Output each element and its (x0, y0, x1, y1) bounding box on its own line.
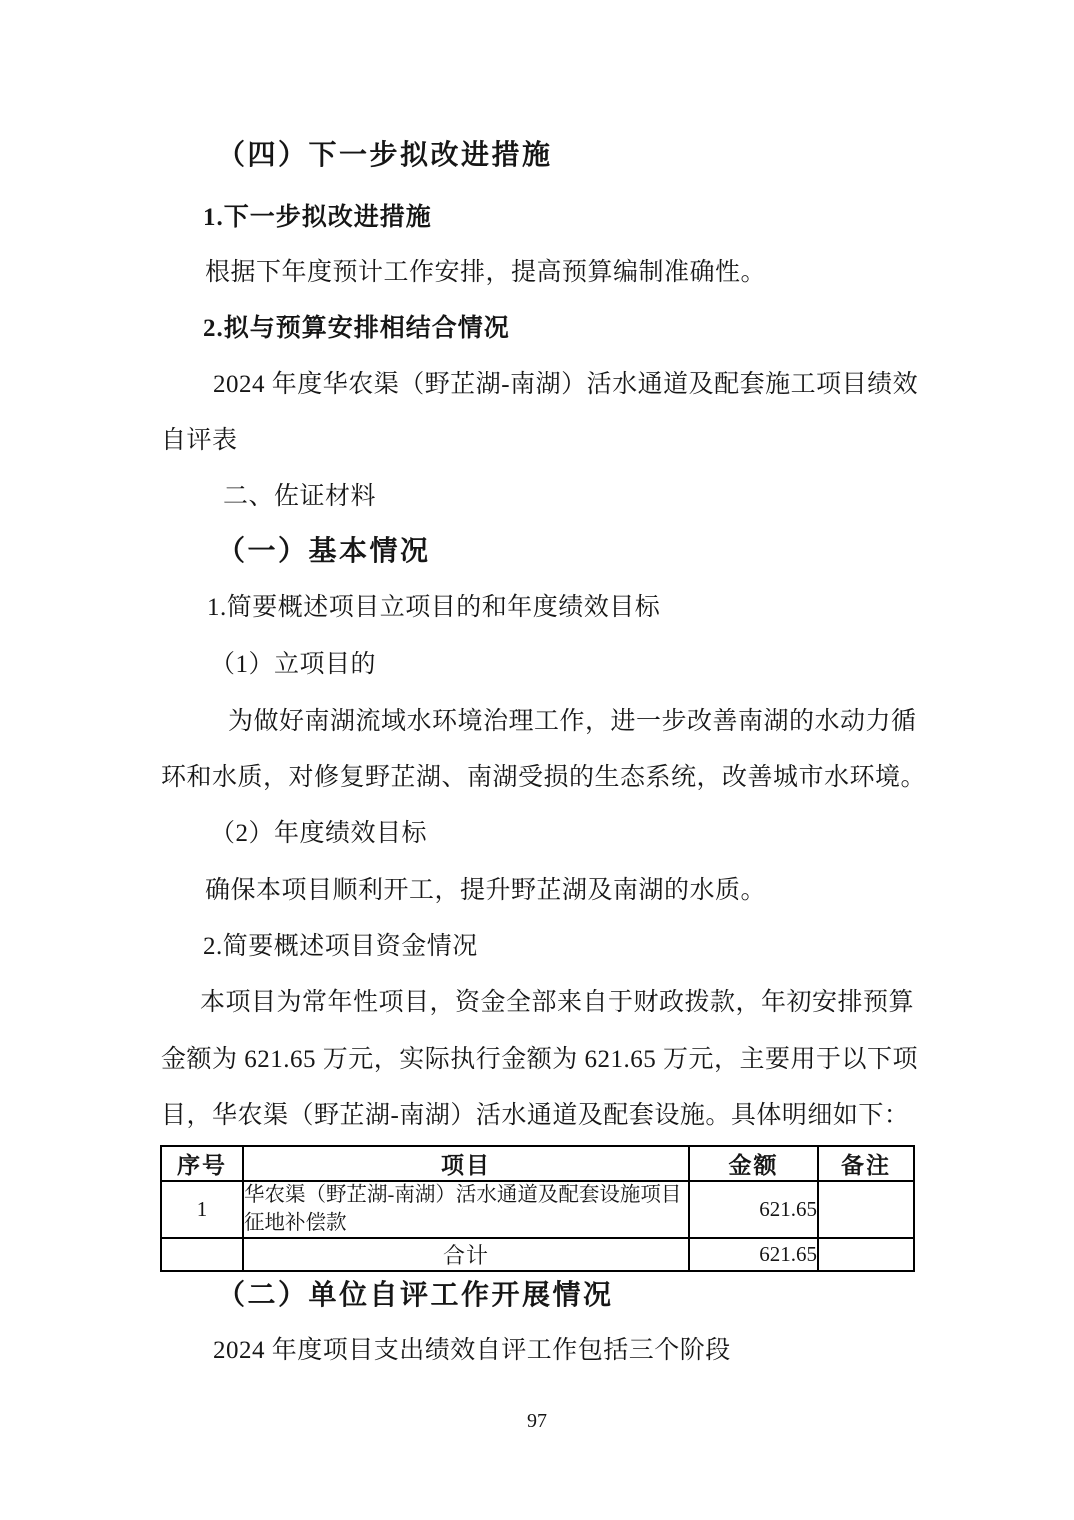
column-header-item: 项目 (243, 1146, 689, 1181)
paragraph-item1-overview: 1.简要概述项目立项目的和年度绩效目标 (207, 594, 660, 622)
column-header-serial: 序号 (161, 1146, 243, 1181)
heading-section-four: （四）下一步拟改进措施 (217, 140, 553, 171)
table-row: 1 华农渠（野芷湖-南湖）活水通道及配套设施项目 征地补偿款 621.65 (161, 1181, 914, 1238)
cell-item-line1: 华农渠（野芷湖-南湖）活水通道及配套设施项目 (244, 1182, 688, 1209)
budget-detail-table: 序号 项目 金额 备注 1 华农渠（野芷湖-南湖）活水通道及配套设施项目 征地补… (160, 1145, 915, 1272)
heading-supporting-materials: 二、佐证材料 (223, 483, 376, 511)
cell-serial: 1 (161, 1181, 243, 1238)
cell-total-amount: 621.65 (689, 1238, 818, 1271)
paragraph-three-stages: 2024 年度项目支出绩效自评工作包括三个阶段 (213, 1337, 731, 1365)
heading-basic-situation: （一）基本情况 (217, 536, 431, 567)
heading-next-step-measures: 1.下一步拟改进措施 (203, 204, 432, 232)
subheading-project-purpose: （1）立项目的 (210, 651, 376, 679)
cell-total-note (818, 1238, 914, 1271)
table-header-row: 序号 项目 金额 备注 (161, 1146, 914, 1181)
column-header-note: 备注 (818, 1146, 914, 1181)
paragraph-funds-line3: 目，华农渠（野芷湖-南湖）活水通道及配套设施。具体明细如下： (161, 1102, 909, 1130)
paragraph-purpose-line1: 为做好南湖流域水环境治理工作，进一步改善南湖的水动力循 (228, 708, 917, 736)
paragraph-funds-line1: 本项目为常年性项目，资金全部来自于财政拨款，年初安排预算 (200, 989, 914, 1017)
cell-amount: 621.65 (689, 1181, 818, 1238)
heading-budget-combination: 2.拟与预算安排相结合情况 (203, 315, 510, 343)
page-number: 97 (0, 1410, 1074, 1433)
cell-total-label: 合计 (243, 1238, 689, 1271)
document-page: （四）下一步拟改进措施 1.下一步拟改进措施 根据下年度预计工作安排，提高预算编… (0, 0, 1074, 1520)
cell-total-serial (161, 1238, 243, 1271)
paragraph-measures-body: 根据下年度预计工作安排，提高预算编制准确性。 (205, 259, 766, 287)
paragraph-target-body: 确保本项目顺利开工，提升野芷湖及南湖的水质。 (205, 877, 766, 905)
heading-self-evaluation-work: （二）单位自评工作开展情况 (217, 1280, 614, 1311)
paragraph-project-title-line2: 自评表 (161, 427, 238, 455)
paragraph-purpose-line2: 环和水质，对修复野芷湖、南湖受损的生态系统，改善城市水环境。 (161, 764, 926, 792)
column-header-amount: 金额 (689, 1146, 818, 1181)
subheading-annual-target: （2）年度绩效目标 (210, 820, 427, 848)
subheading-fund-overview: 2.简要概述项目资金情况 (203, 933, 478, 961)
cell-note (818, 1181, 914, 1238)
cell-item-line2: 征地补偿款 (244, 1210, 688, 1237)
cell-item: 华农渠（野芷湖-南湖）活水通道及配套设施项目 征地补偿款 (243, 1181, 689, 1238)
paragraph-funds-line2: 金额为 621.65 万元，实际执行金额为 621.65 万元，主要用于以下项 (161, 1046, 918, 1074)
table-total-row: 合计 621.65 (161, 1238, 914, 1271)
paragraph-project-title-line1: 2024 年度华农渠（野芷湖-南湖）活水通道及配套施工项目绩效 (213, 371, 918, 399)
